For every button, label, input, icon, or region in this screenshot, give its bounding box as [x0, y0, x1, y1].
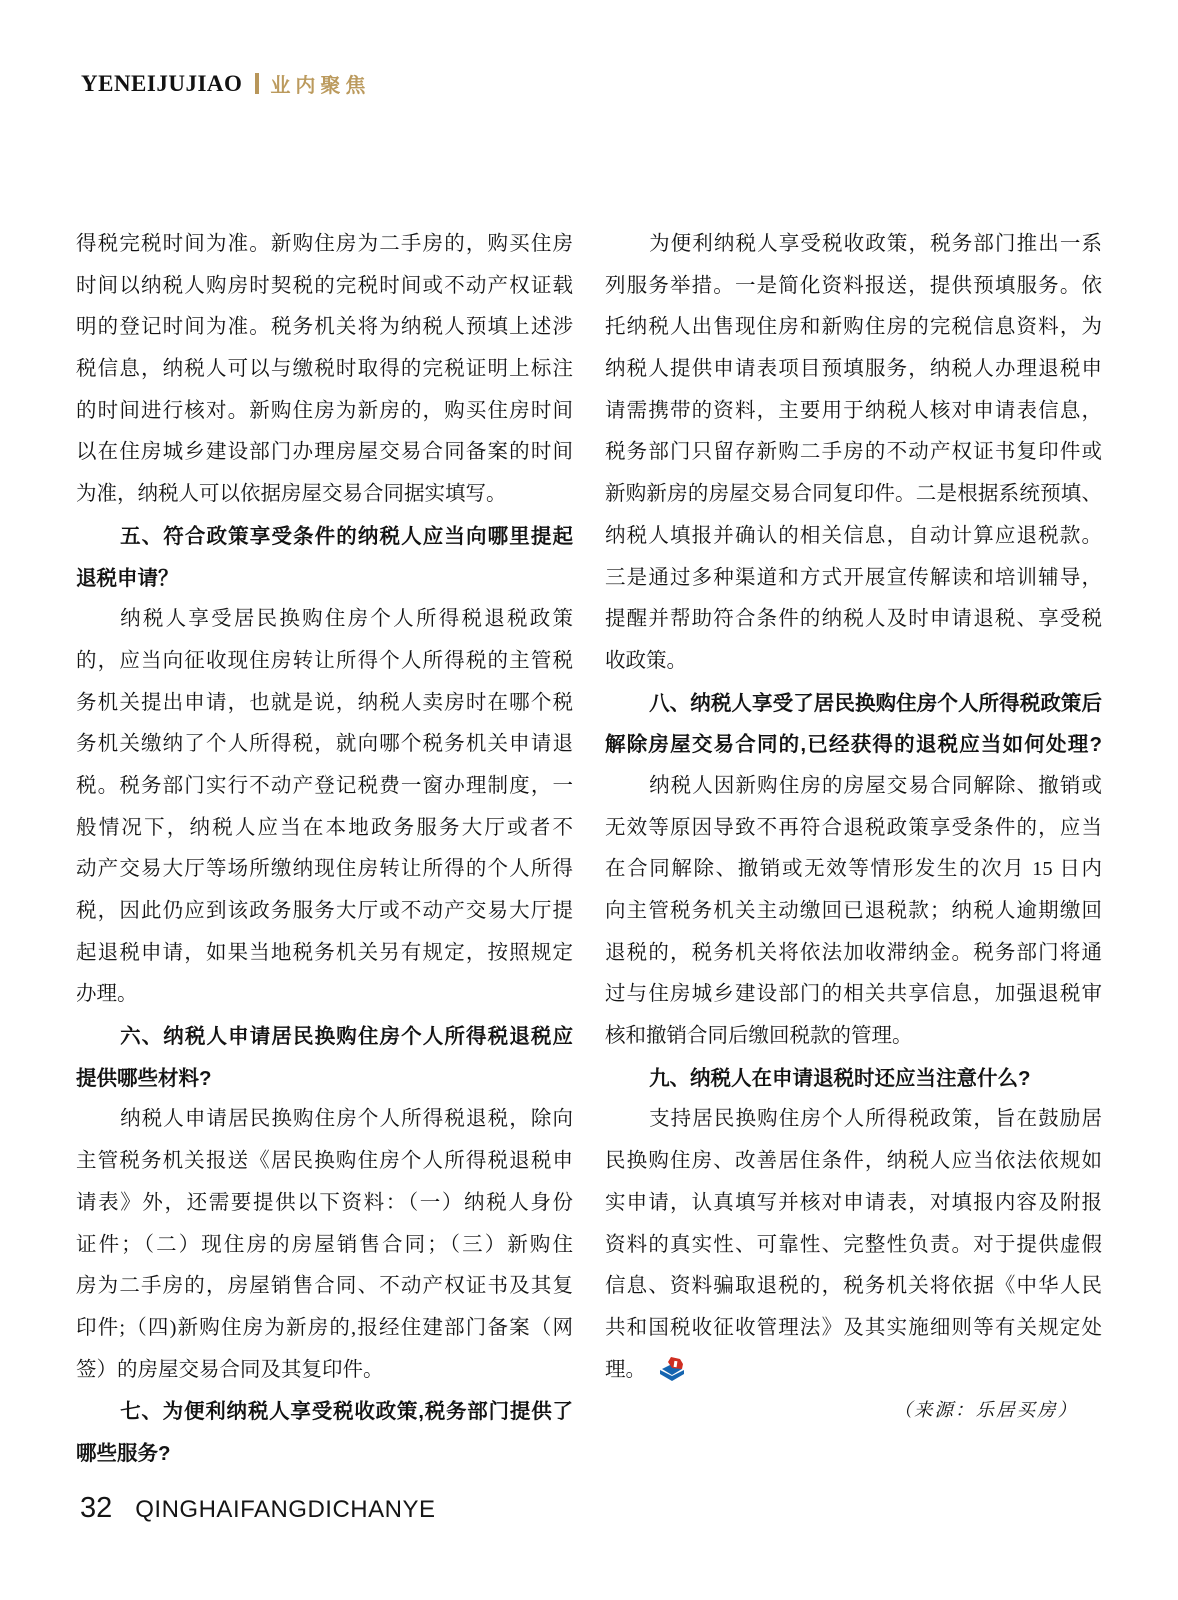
- text-line: 般情况下，纳税人应当在本地政务服务大厅或者不: [76, 808, 573, 850]
- paragraph: 支持居民换购住房个人所得税政策，旨在鼓励居民换购住房、改善居住条件，纳税人应当依…: [605, 1099, 1102, 1391]
- left-column: 得税完税时间为准。新购住房为二手房的，购买住房时间以纳税人购房时契税的完税时间或…: [76, 224, 573, 1475]
- text-line: 以在住房城乡建设部门办理房屋交易合同备案的时间: [76, 432, 573, 474]
- text-line: 核和撤销合同后缴回税款的管理。: [605, 1016, 1102, 1058]
- magazine-page: { "masthead": { "logo": "YENEIJUJIAO", "…: [0, 0, 1178, 1600]
- right-column: 为便利纳税人享受税收政策，税务部门推出一系列服务举措。一是简化资料报送，提供预填…: [605, 224, 1102, 1475]
- text-line: 务机关缴纳了个人所得税，就向哪个税务机关申请退: [76, 724, 573, 766]
- text-line: 解除房屋交易合同的,已经获得的退税应当如何处理?: [605, 724, 1102, 766]
- section-heading: 六、纳税人申请居民换购住房个人所得税退税应提供哪些材料?: [76, 1016, 573, 1099]
- text-line: 时间以纳税人购房时契税的完税时间或不动产权证载: [76, 266, 573, 308]
- text-line: 纳税人享受居民换购住房个人所得税退税政策: [76, 599, 573, 641]
- page-number: 32: [80, 1492, 112, 1525]
- text-line: 新购新房的房屋交易合同复印件。二是根据系统预填、: [605, 474, 1102, 516]
- text-line: 税，因此仍应到该政务服务大厅或不动产交易大厅提: [76, 891, 573, 933]
- paragraph: 纳税人因新购住房的房屋交易合同解除、撤销或无效等原因导致不再符合退税政策享受条件…: [605, 766, 1102, 1058]
- page-footer: 32 QINGHAIFANGDICHANYE: [80, 1492, 435, 1525]
- paragraph: 得税完税时间为准。新购住房为二手房的，购买住房时间以纳税人购房时契税的完税时间或…: [76, 224, 573, 516]
- text-line: 动产交易大厅等场所缴纳现住房转让所得的个人所得: [76, 849, 573, 891]
- text-line: 七、为便利纳税人享受税收政策,税务部门提供了: [76, 1391, 573, 1433]
- section-heading: 九、纳税人在申请退税时还应当注意什么?: [605, 1058, 1102, 1100]
- text-line: 请表》外，还需要提供以下资料：（一）纳税人身份: [76, 1183, 573, 1225]
- text-line: 收政策。: [605, 641, 1102, 683]
- text-line: 九、纳税人在申请退税时还应当注意什么?: [605, 1058, 1102, 1100]
- text-line: 纳税人因新购住房的房屋交易合同解除、撤销或: [605, 766, 1102, 808]
- text-line: 证件；（二）现住房的房屋销售合同；（三）新购住: [76, 1225, 573, 1267]
- text-line: 为准，纳税人可以依据房屋交易合同据实填写。: [76, 474, 573, 516]
- text-line: 的，应当向征收现住房转让所得个人所得税的主管税: [76, 641, 573, 683]
- text-line: 税。税务部门实行不动产登记税费一窗办理制度，一: [76, 766, 573, 808]
- text-line: 三是通过多种渠道和方式开展宣传解读和培训辅导，: [605, 558, 1102, 600]
- text-line: 资料的真实性、可靠性、完整性负责。对于提供虚假: [605, 1225, 1102, 1267]
- section-heading: 五、符合政策享受条件的纳税人应当向哪里提起退税申请？: [76, 516, 573, 599]
- text-line: 六、纳税人申请居民换购住房个人所得税退税应: [76, 1016, 573, 1058]
- text-line: 主管税务机关报送《居民换购住房个人所得税退税申: [76, 1141, 573, 1183]
- text-line: 办理。: [76, 974, 573, 1016]
- article-body: 得税完税时间为准。新购住房为二手房的，购买住房时间以纳税人购房时契税的完税时间或…: [76, 224, 1102, 1475]
- paragraph: 纳税人申请居民换购住房个人所得税退税，除向主管税务机关报送《居民换购住房个人所得…: [76, 1099, 573, 1391]
- magazine-logo-text: YENEIJUJIAO: [81, 71, 242, 97]
- text-line: 支持居民换购住房个人所得税政策，旨在鼓励居: [605, 1099, 1102, 1141]
- text-line: 向主管税务机关主动缴回已退税款；纳税人逾期缴回: [605, 891, 1102, 933]
- text-line: 的时间进行核对。新购住房为新房的，购买住房时间: [76, 391, 573, 433]
- text-line: 退税的，税务机关将依法加收滞纳金。税务部门将通: [605, 933, 1102, 975]
- text-line: 过与住房城乡建设部门的相关共享信息，加强退税审: [605, 974, 1102, 1016]
- journal-name: QINGHAIFANGDICHANYE: [135, 1496, 435, 1524]
- text-line: （来源：乐居买房）: [605, 1391, 1102, 1433]
- divider-bar: [255, 73, 259, 94]
- text-line: 提醒并帮助符合条件的纳税人及时申请退税、享受税: [605, 599, 1102, 641]
- text-line: 为便利纳税人享受税收政策，税务部门推出一系: [605, 224, 1102, 266]
- text-line: 五、符合政策享受条件的纳税人应当向哪里提起: [76, 516, 573, 558]
- paragraph: 纳税人享受居民换购住房个人所得税退税政策的，应当向征收现住房转让所得个人所得税的…: [76, 599, 573, 1016]
- source-note: （来源：乐居买房）: [605, 1391, 1102, 1433]
- text-line: 在合同解除、撤销或无效等情形发生的次月 15 日内: [605, 849, 1102, 891]
- text-line: 提供哪些材料?: [76, 1058, 573, 1100]
- text-line: 明的登记时间为准。税务机关将为纳税人预填上述涉: [76, 307, 573, 349]
- text-line: 信息、资料骗取退税的，税务机关将依据《中华人民: [605, 1266, 1102, 1308]
- text-line: 哪些服务?: [76, 1433, 573, 1475]
- text-line: 理。: [605, 1350, 1102, 1392]
- text-line: 得税完税时间为准。新购住房为二手房的，购买住房: [76, 224, 573, 266]
- text-line: 托纳税人出售现住房和新购住房的完税信息资料，为: [605, 307, 1102, 349]
- text-line: 列服务举措。一是简化资料报送，提供预填服务。依: [605, 266, 1102, 308]
- text-line: 民换购住房、改善居住条件，纳税人应当依法依规如: [605, 1141, 1102, 1183]
- section-title: 业内聚焦: [270, 69, 370, 98]
- text-line: 税务部门只留存新购二手房的不动产权证书复印件或: [605, 432, 1102, 474]
- text-line: 请需携带的资料，主要用于纳税人核对申请表信息，: [605, 391, 1102, 433]
- text-line: 起退税申请，如果当地税务机关另有规定，按照规定: [76, 933, 573, 975]
- text-line: 八、纳税人享受了居民换购住房个人所得税政策后: [605, 683, 1102, 725]
- text-line: 无效等原因导致不再符合退税政策享受条件的，应当: [605, 808, 1102, 850]
- text-line: 务机关提出申请，也就是说，纳税人卖房时在哪个税: [76, 683, 573, 725]
- paragraph: 为便利纳税人享受税收政策，税务部门推出一系列服务举措。一是简化资料报送，提供预填…: [605, 224, 1102, 683]
- house-logo-icon: [659, 1356, 686, 1381]
- text-line: 纳税人申请居民换购住房个人所得税退税，除向: [76, 1099, 573, 1141]
- text-line: 实申请，认真填写并核对申请表，对填报内容及附报: [605, 1183, 1102, 1225]
- text-line: 房为二手房的，房屋销售合同、不动产权证书及其复: [76, 1266, 573, 1308]
- masthead: YENEIJUJIAO 业内聚焦: [81, 69, 370, 98]
- text-line: 纳税人填报并确认的相关信息，自动计算应退税款。: [605, 516, 1102, 558]
- text-line: 退税申请？: [76, 558, 573, 600]
- section-heading: 七、为便利纳税人享受税收政策,税务部门提供了哪些服务?: [76, 1391, 573, 1474]
- text-line: 税信息，纳税人可以与缴税时取得的完税证明上标注: [76, 349, 573, 391]
- text-line: 纳税人提供申请表项目预填服务，纳税人办理退税申: [605, 349, 1102, 391]
- text-line: 印件;（四)新购住房为新房的,报经住建部门备案（网: [76, 1308, 573, 1350]
- text-line: 共和国税收征收管理法》及其实施细则等有关规定处: [605, 1308, 1102, 1350]
- text-line: 签）的房屋交易合同及其复印件。: [76, 1350, 573, 1392]
- section-heading: 八、纳税人享受了居民换购住房个人所得税政策后解除房屋交易合同的,已经获得的退税应…: [605, 683, 1102, 766]
